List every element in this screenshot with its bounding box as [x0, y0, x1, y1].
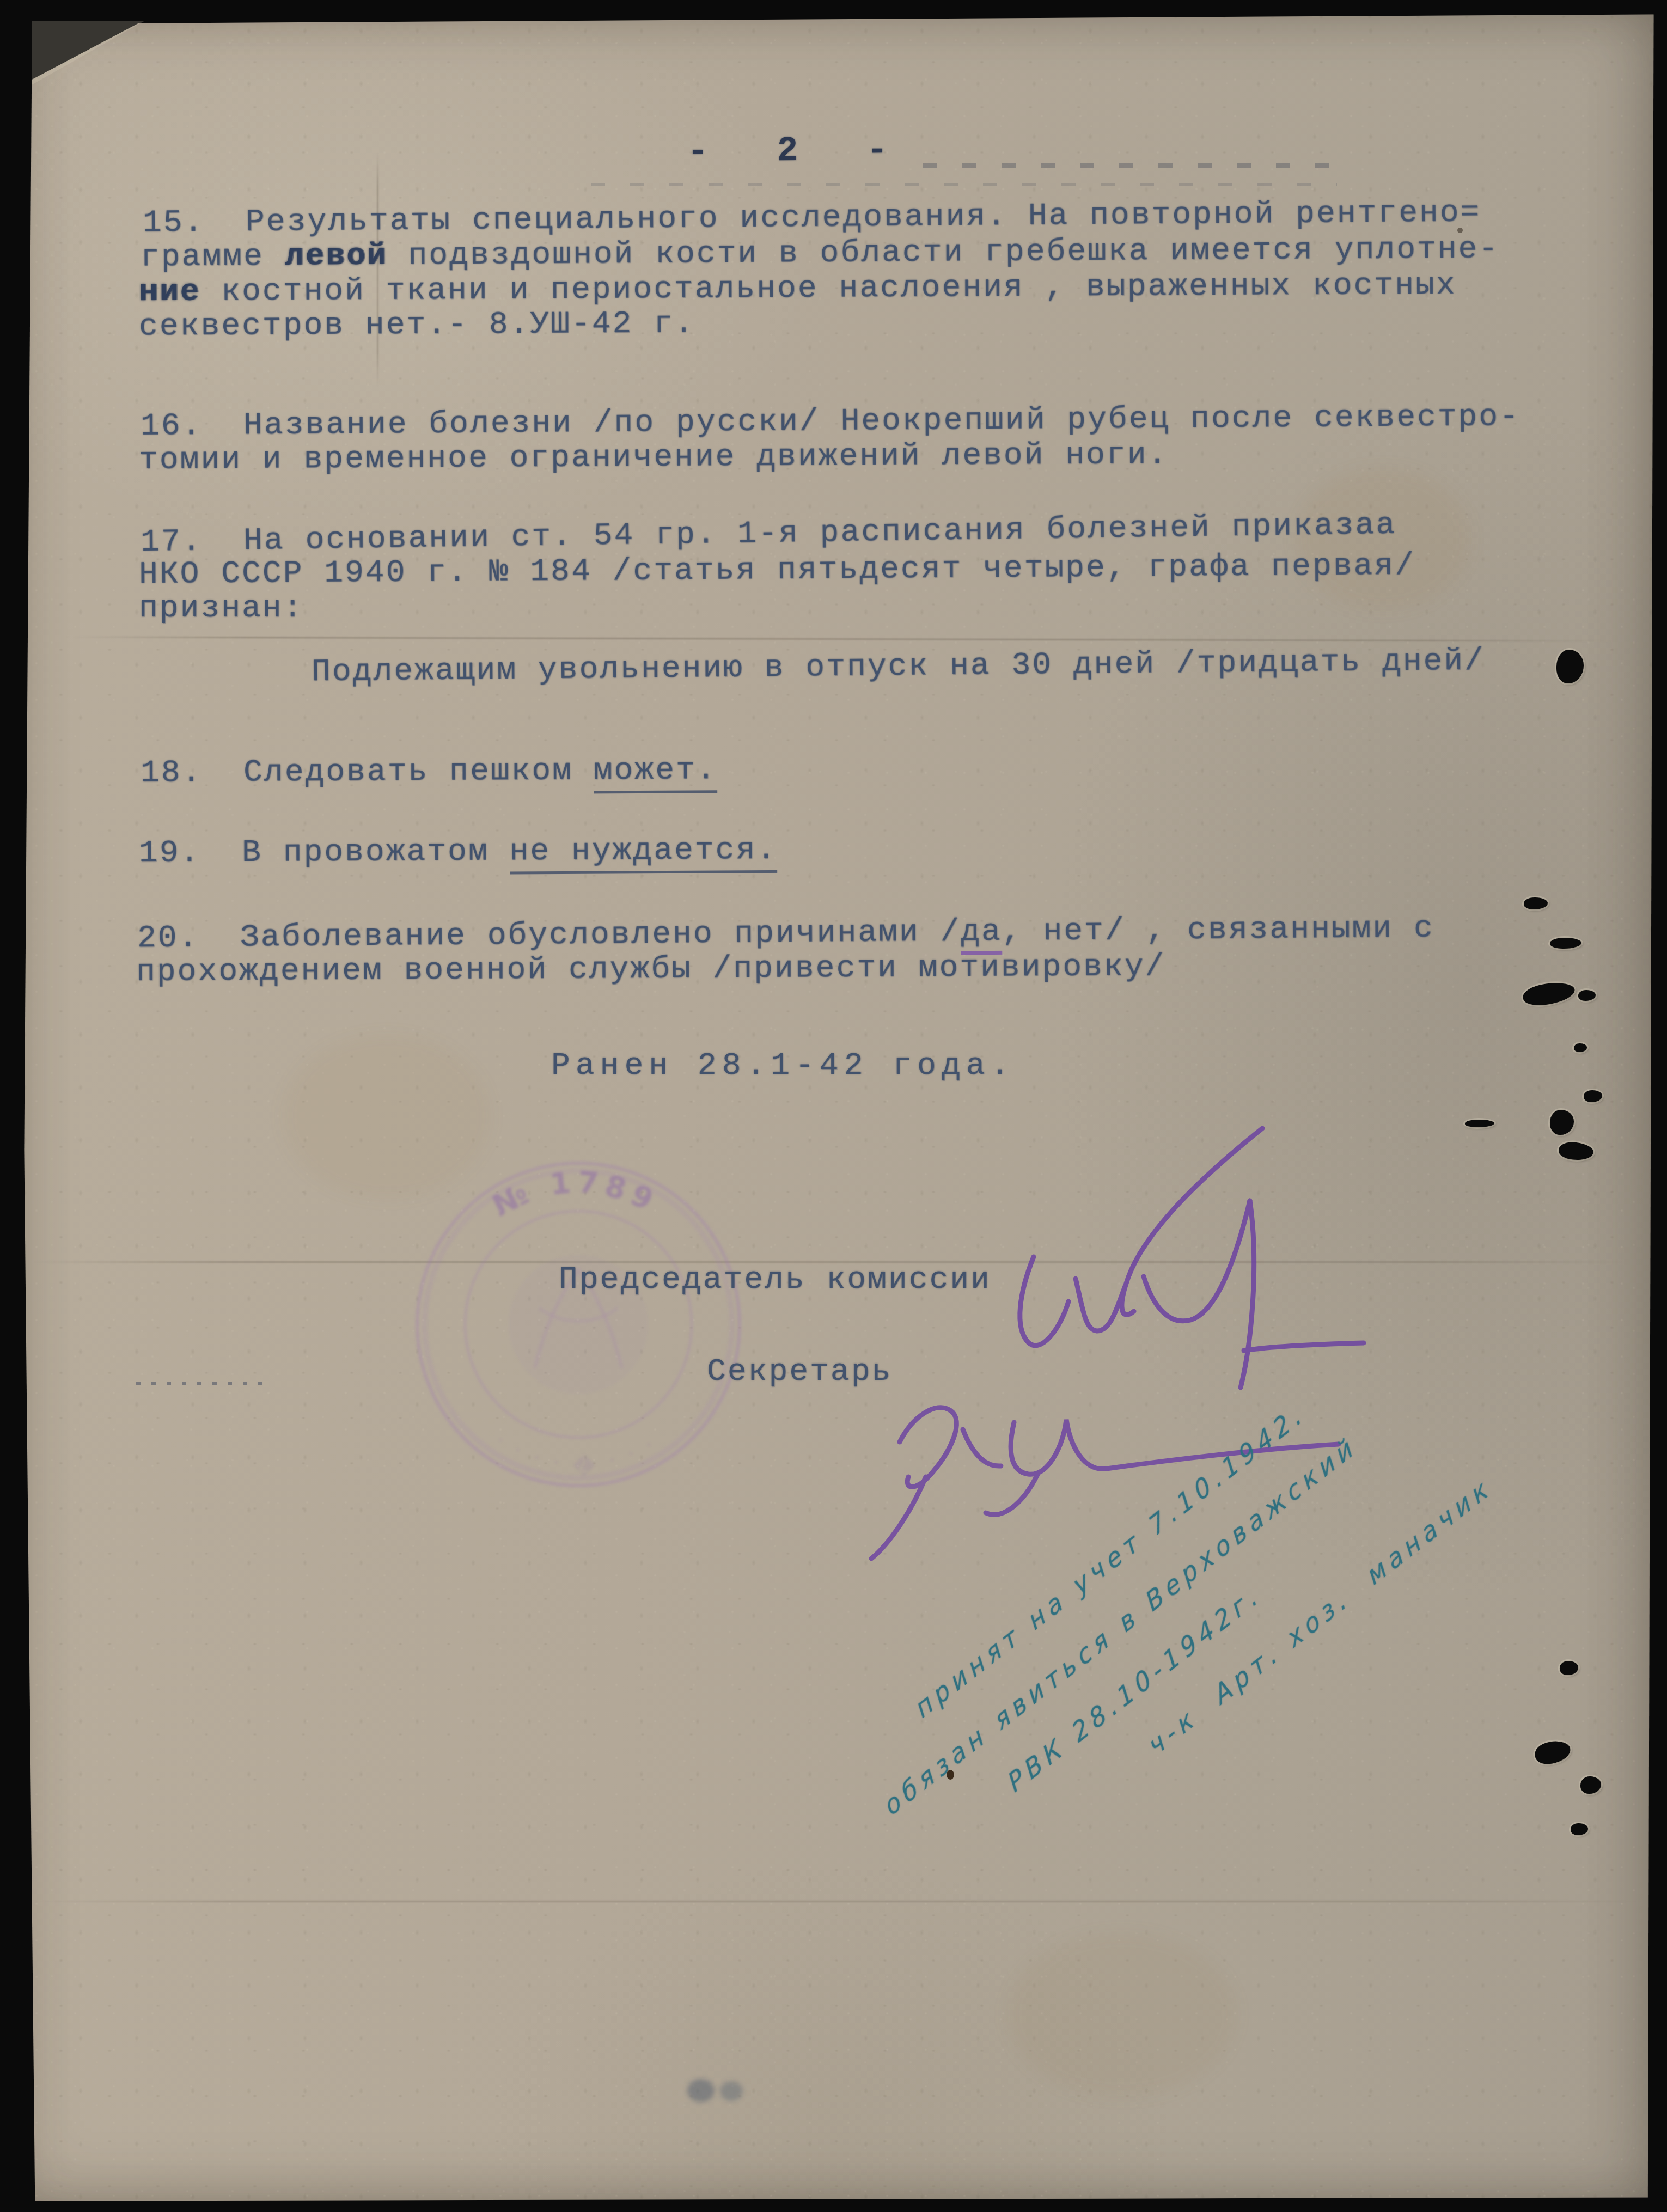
page-number: - 2 -	[687, 131, 912, 172]
scanned-document: - 2 - № 1789 ···�···· 15	[0, 0, 1667, 2212]
item-18-text: 18. Следовать пешком	[141, 753, 594, 791]
item-19-line: 19. В провожатом не нуждается.	[139, 833, 777, 871]
item-17-line-3: признан:	[139, 591, 303, 626]
ink-smudge	[720, 2081, 743, 2101]
paper-speck	[1171, 1403, 1177, 1411]
item-15-line-2-c: подвздошной кости в области гребешка име…	[387, 231, 1499, 273]
item-19-underlined: не нуждается.	[509, 833, 777, 875]
item-18-line: 18. Следовать пешком может.	[141, 753, 717, 791]
item-19-text: 19. В провожатом	[139, 834, 510, 872]
item-20-da-underlined: да	[961, 914, 1002, 955]
round-stamp: № 1789 ···�····	[399, 1145, 758, 1504]
item-20-text-a: 20. Заболевание обусловлено причинами /	[137, 914, 961, 956]
bleed-dash-line	[591, 183, 1337, 186]
crease-line	[33, 1901, 1645, 1902]
ink-smudge	[687, 2079, 715, 2102]
item-15-line-3-b: костной ткани и периостальное наслоения …	[200, 268, 1456, 310]
secretary-label: Секретарь	[707, 1354, 892, 1390]
corner-fold	[32, 21, 145, 85]
paper-speck	[947, 1770, 954, 1780]
item-15-line-3-overstruck: ние	[139, 274, 201, 310]
item-18-underlined: может.	[594, 753, 717, 793]
item-20-text-c: , нет/ , связанными с	[1002, 911, 1434, 950]
chairman-label: Председатель комиссии	[559, 1262, 991, 1298]
item-15-line-2-overstruck: левой	[284, 239, 387, 274]
item-15-line-4: секвестров нет.- 8.УШ-42 г.	[139, 306, 695, 344]
item-20-line-2: прохождением военной службы /привести мо…	[136, 949, 1166, 990]
paper-speck	[1457, 228, 1463, 233]
item-15-line-2-a: грамме	[141, 239, 285, 276]
item-16-line-2: томии и временное ограничение движений л…	[139, 437, 1169, 478]
item-15-line-3: ние костной ткани и периостальное наслое…	[139, 268, 1457, 310]
bleed-dash-line	[923, 163, 1337, 168]
wounded-date-line: Ранен 28.1-42 года.	[551, 1048, 1015, 1084]
perforation-dots	[136, 1382, 264, 1385]
